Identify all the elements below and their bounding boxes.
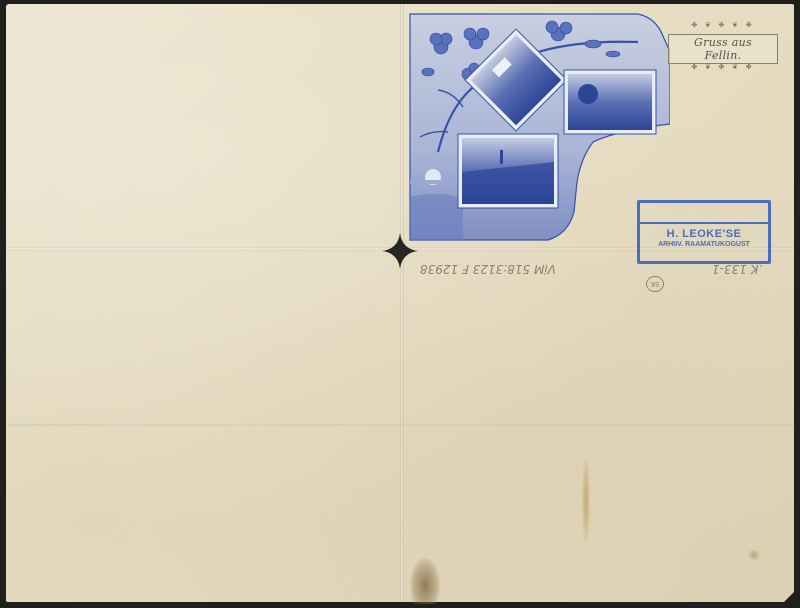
stamp-line2: ARHIIV. RAAMATUKOGUST	[640, 241, 768, 248]
ornament-bottom: ✤ ❦ ✤ ❦ ✤	[668, 64, 778, 70]
greeting-text: Gruss aus Fellin.	[668, 34, 778, 64]
torn-corner	[778, 586, 800, 608]
letter-sheet	[6, 4, 794, 602]
stamp-line1: H. LEOKE'SE	[640, 228, 768, 240]
stain-streak	[582, 460, 590, 542]
pencil-archive-ref: ViM 518:3123 F 12938	[420, 262, 556, 276]
pencil-catalog-ref: .K 133-1	[712, 262, 762, 276]
blue-floral-vignette	[408, 12, 670, 242]
lower-crease	[6, 424, 794, 426]
ornament-top: ✤ ❦ ✤ ❦ ✤	[668, 22, 778, 28]
water-stain-bottom	[410, 558, 440, 604]
stain-spot	[748, 549, 760, 561]
greeting-cartouche: ✤ ❦ ✤ ❦ ✤ Gruss aus Fellin. ✤ ❦ ✤ ❦ ✤	[668, 22, 778, 52]
pencil-circle-mark: SK	[646, 276, 664, 292]
vertical-fold-line	[400, 4, 404, 602]
archive-stamp: H. LEOKE'SE ARHIIV. RAAMATUKOGUST	[637, 200, 771, 264]
stamp-top-box	[640, 203, 768, 224]
